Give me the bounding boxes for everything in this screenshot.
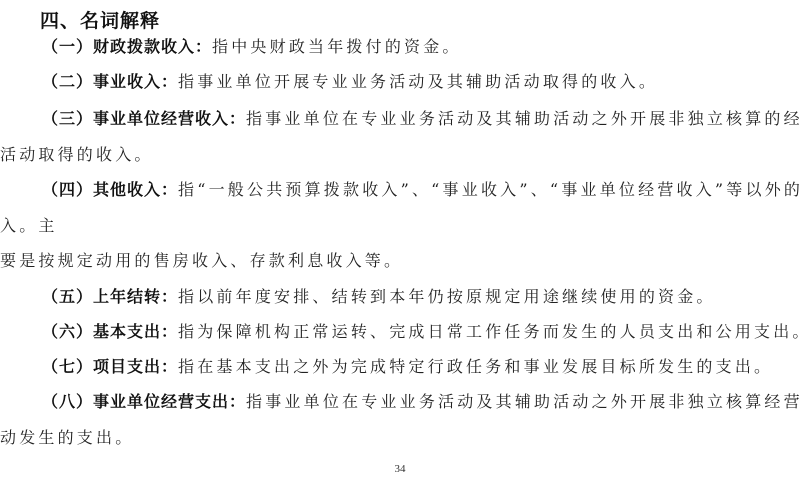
definition-text: 要是按规定动用的售房收入、存款利息收入等。 bbox=[0, 251, 403, 270]
definition-term: （六）基本支出： bbox=[42, 322, 178, 341]
section-heading: 四、名词解释 bbox=[40, 6, 160, 33]
page-number: 34 bbox=[0, 463, 800, 475]
definition-text: 指以前年度安排、结转到本年仍按原规定用途继续使用的资金。 bbox=[178, 287, 716, 306]
definition-text: 指“一般公共预算拨款收入”、“事业收入”、“事业单位经营收入”等以外的收 bbox=[178, 180, 800, 199]
definition-text: 指事业单位在专业业务活动及其辅助活动之外开展非独立核算经营活 bbox=[246, 392, 800, 411]
definition-other-income-continued: 入。主 bbox=[0, 216, 58, 236]
definition-basic-expenditure: （六）基本支出：指为保障机构正常运转、完成日常工作任务而发生的人员支出和公用支出… bbox=[42, 322, 800, 342]
definition-term: （一）财政拨款收入： bbox=[42, 37, 212, 56]
definition-business-income: （二）事业收入：指事业单位开展专业业务活动及其辅助活动取得的收入。 bbox=[42, 72, 658, 92]
definition-project-expenditure: （七）项目支出：指在基本支出之外为完成特定行政任务和事业发展目标所发生的支出。 bbox=[42, 357, 773, 377]
definition-operating-income-continued: 活动取得的收入。 bbox=[0, 145, 154, 165]
definition-text: 动发生的支出。 bbox=[0, 428, 134, 447]
definition-text: 指在基本支出之外为完成特定行政任务和事业发展目标所发生的支出。 bbox=[178, 357, 773, 376]
definition-prior-year-carryover: （五）上年结转：指以前年度安排、结转到本年仍按原规定用途继续使用的资金。 bbox=[42, 287, 716, 307]
definition-operating-income: （三）事业单位经营收入：指事业单位在专业业务活动及其辅助活动之外开展非独立核算的… bbox=[42, 109, 800, 129]
document-page: 四、名词解释 （一）财政拨款收入：指中央财政当年拨付的资金。 （二）事业收入：指… bbox=[0, 0, 800, 504]
definition-other-income: （四）其他收入：指“一般公共预算拨款收入”、“事业收入”、“事业单位经营收入”等… bbox=[42, 180, 800, 200]
definition-text: 指中央财政当年拨付的资金。 bbox=[212, 37, 462, 56]
definition-other-income-continued: 要是按规定动用的售房收入、存款利息收入等。 bbox=[0, 251, 403, 271]
definition-term: （八）事业单位经营支出： bbox=[42, 392, 246, 411]
definition-term: （五）上年结转： bbox=[42, 287, 178, 306]
definition-term: （四）其他收入： bbox=[42, 180, 178, 199]
definition-text: 指为保障机构正常运转、完成日常工作任务而发生的人员支出和公用支出。 bbox=[178, 322, 800, 341]
definition-term: （七）项目支出： bbox=[42, 357, 178, 376]
definition-text: 入。主 bbox=[0, 216, 58, 235]
definition-operating-expenditure: （八）事业单位经营支出：指事业单位在专业业务活动及其辅助活动之外开展非独立核算经… bbox=[42, 392, 800, 412]
definition-operating-expenditure-continued: 动发生的支出。 bbox=[0, 428, 134, 448]
definition-text: 活动取得的收入。 bbox=[0, 145, 154, 164]
definition-term: （三）事业单位经营收入： bbox=[42, 109, 246, 128]
definition-financial-appropriation: （一）财政拨款收入：指中央财政当年拨付的资金。 bbox=[42, 37, 462, 57]
definition-text: 指事业单位开展专业业务活动及其辅助活动取得的收入。 bbox=[178, 72, 658, 91]
definition-text: 指事业单位在专业业务活动及其辅助活动之外开展非独立核算的经营 bbox=[246, 109, 800, 128]
definition-term: （二）事业收入： bbox=[42, 72, 178, 91]
